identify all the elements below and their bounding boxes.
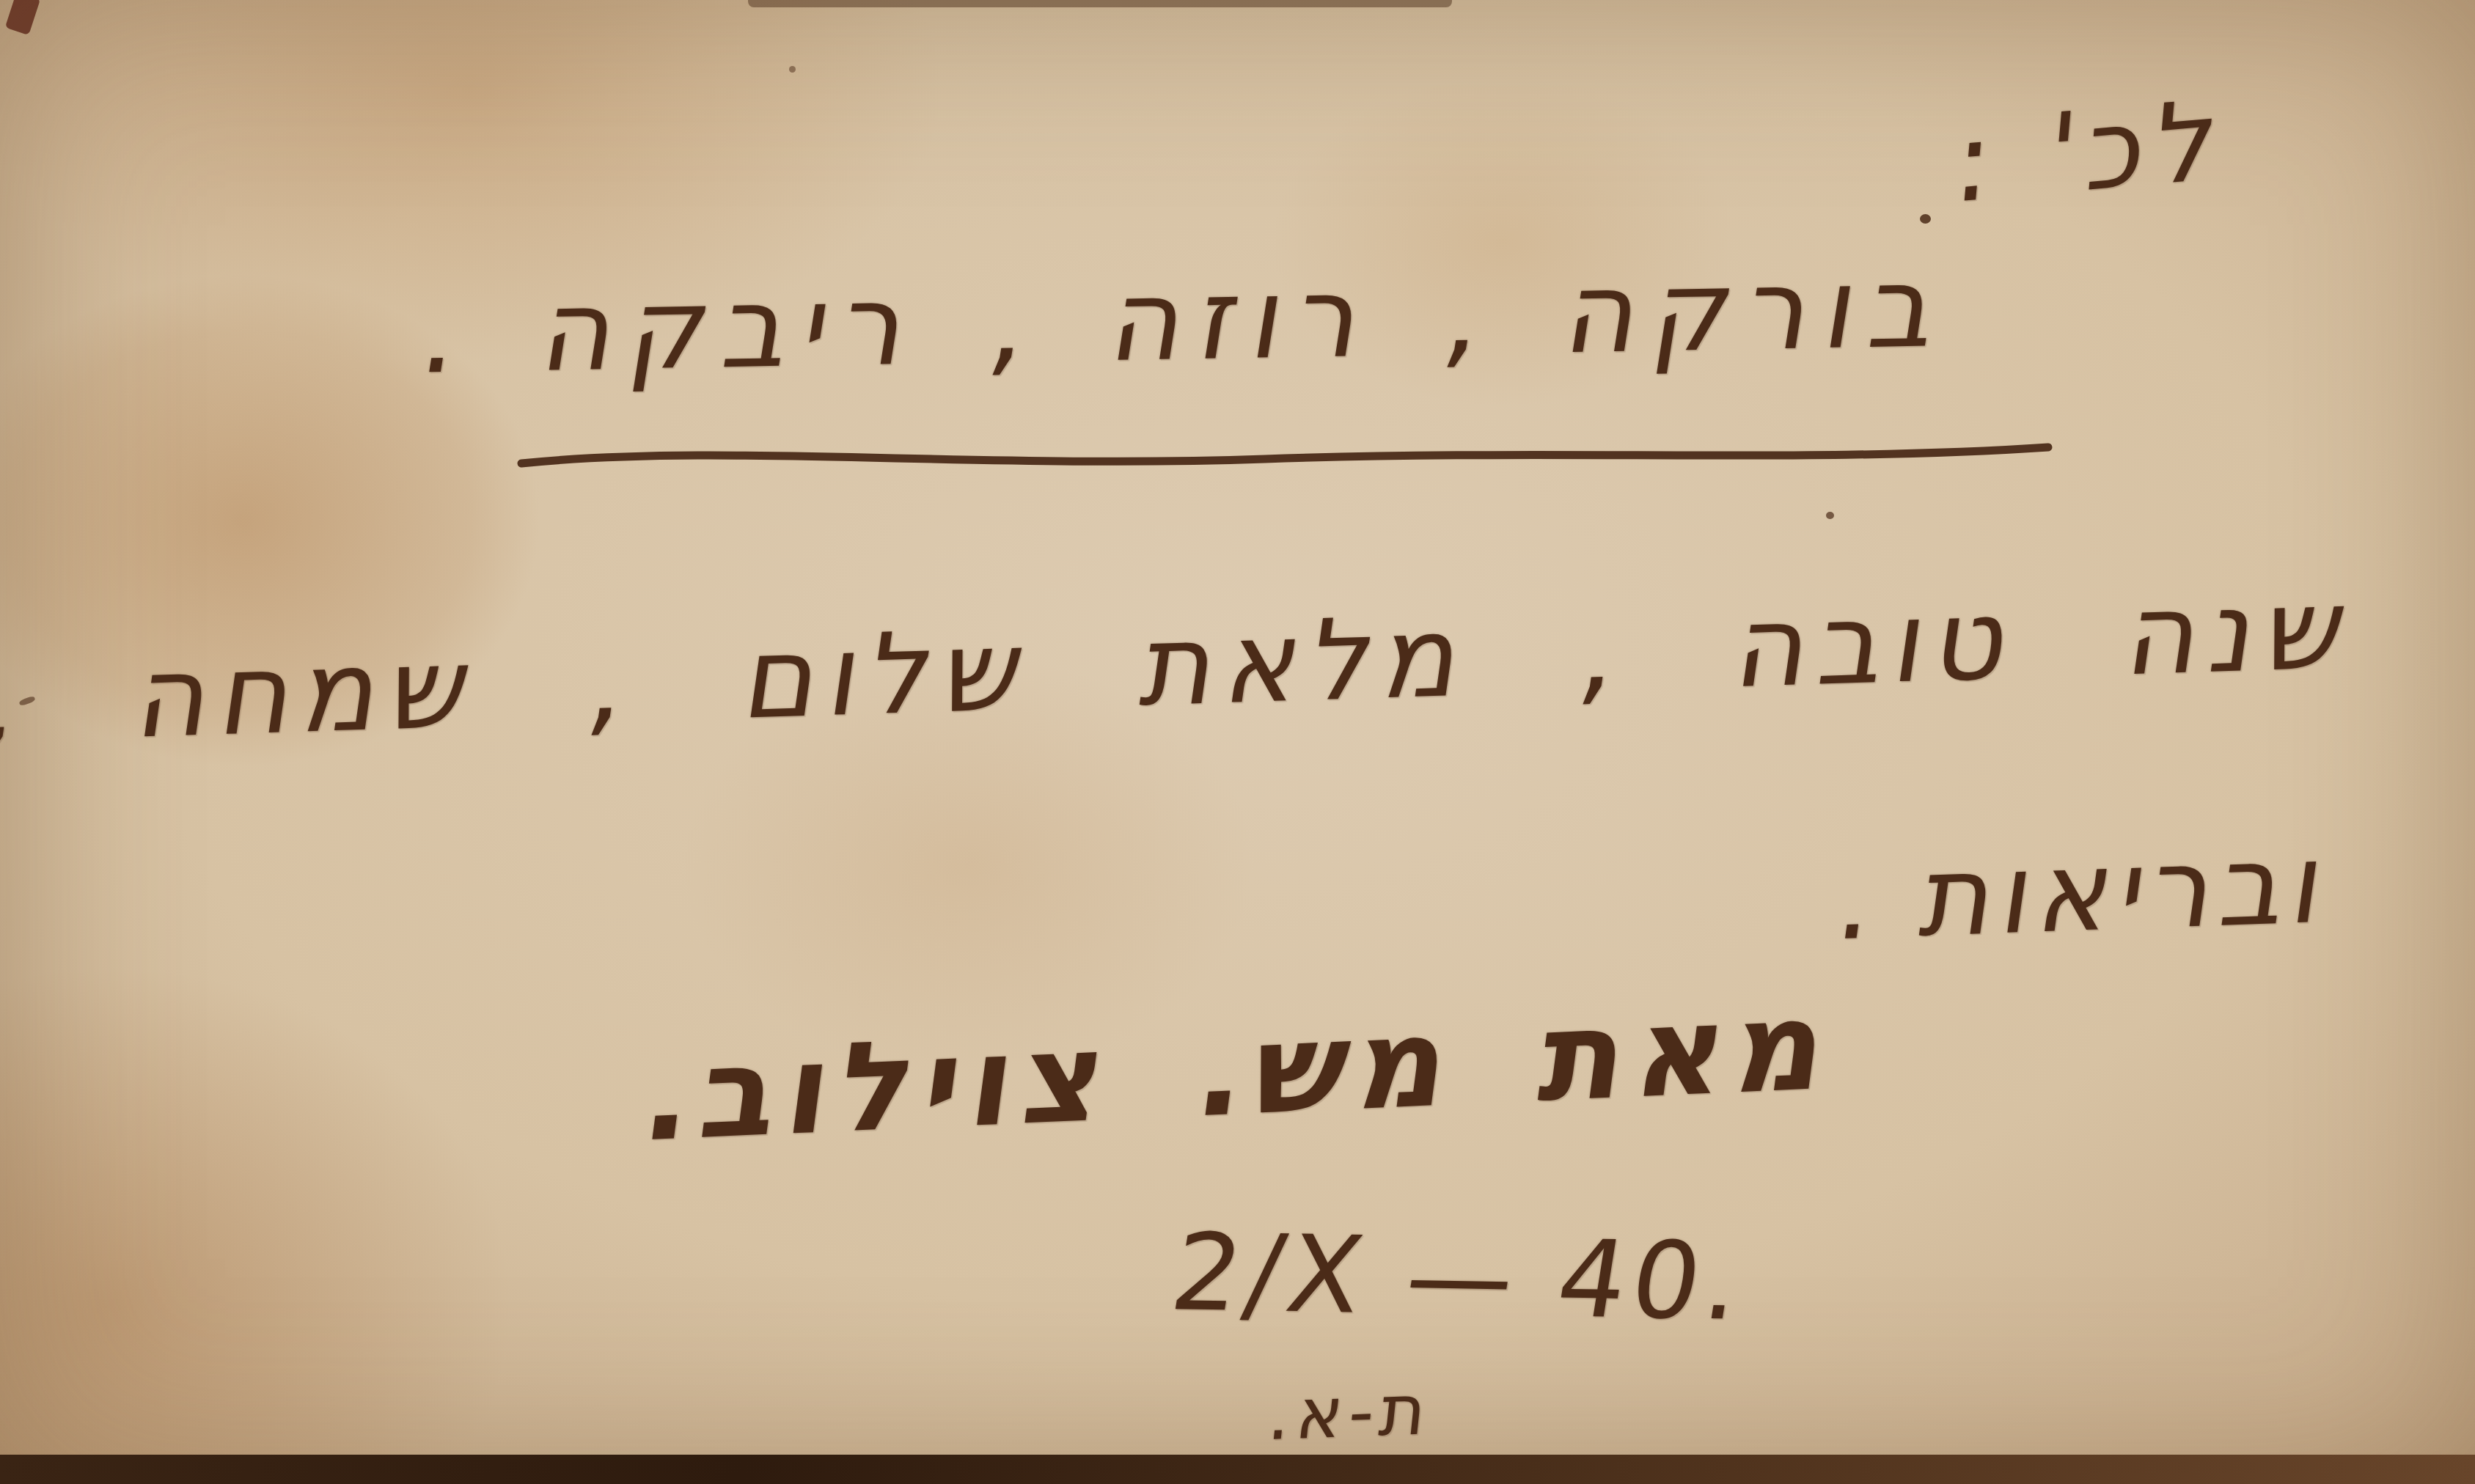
city-line: ת-א. (1264, 1370, 1436, 1456)
ink-speck (1920, 214, 1931, 224)
photo-top-edge-sliver (748, 0, 1452, 7)
greeting-line-1: שנה טובה , מלאת שלום , שמחה , (0, 563, 2365, 768)
names-underline (517, 431, 2057, 490)
recipient-names-line: בורקה , רוזה , ריבקה . (414, 242, 1962, 399)
salutation-line: לכ' : (1949, 76, 2234, 229)
photo-bottom-edge (0, 1455, 2475, 1484)
ink-speck (1826, 512, 1834, 519)
ink-speck (789, 66, 796, 73)
sender-signature-line: מאת מש. צוילוב. (636, 972, 1845, 1169)
date-line: 2/X — 40. (1164, 1211, 1756, 1344)
photo-corner-mark (5, 0, 40, 35)
greeting-line-2: ובריאות . (1830, 820, 2339, 965)
handwritten-note-photo: לכ' : בורקה , רוזה , ריבקה . שנה טובה , … (0, 0, 2475, 1484)
